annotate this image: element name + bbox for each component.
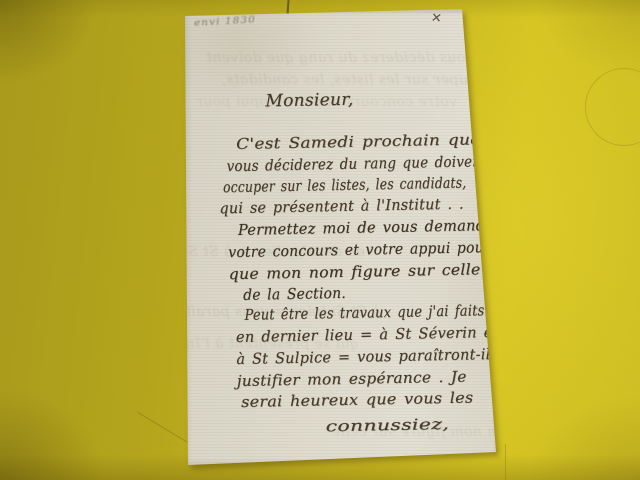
x-mark: ✕: [430, 11, 443, 27]
handwritten-line: en dernier lieu = à St Séverin et: [236, 324, 499, 346]
letter-paper: vous déciderez du rang que doivent occup…: [181, 6, 503, 468]
handwritten-line: de la Section.: [243, 285, 346, 304]
handwritten-line: Peut être les travaux que j'ai faits: [244, 302, 484, 324]
salutation: Monsieur,: [265, 92, 353, 111]
paper-sheet: vous déciderez du rang que doivent occup…: [181, 6, 503, 468]
handwritten-line: serai heureux que vous les: [241, 389, 474, 410]
handwritten-line: C'est Samedi prochain que: [236, 131, 481, 153]
handwritten-line: vous déciderez du rang que doivent: [226, 153, 486, 175]
handwritten-line: justifier mon espérance . Je: [237, 369, 467, 390]
closing-word: connussiez,: [325, 416, 449, 435]
handwritten-line: occuper sur les listes, les candidats,: [223, 175, 467, 197]
handwritten-line: Permettez moi de vous demander: [238, 217, 502, 239]
pencil-annotation: envi 1830: [194, 15, 256, 28]
handwritten-line: votre concours et votre appui pour: [228, 239, 491, 261]
handwritten-line: à St Sulpice = vous paraîtront-ils: [236, 346, 498, 368]
handwriting-layer: envi 1830 ✕ Monsieur, C'est Samedi proch…: [177, 3, 508, 471]
crease-line: [505, 444, 506, 480]
handwritten-line: que mon nom figure sur celle: [229, 261, 481, 283]
handwritten-line: qui se présentent à l'Institut . .: [219, 196, 464, 218]
